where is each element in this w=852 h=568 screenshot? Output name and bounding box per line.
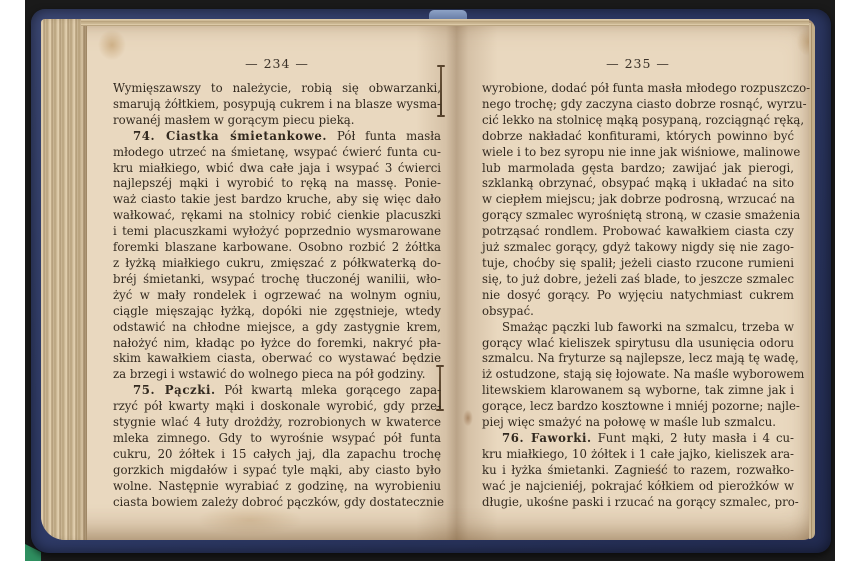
text-line: młodego utrzeć na śmietanę, wsypać ćwier…: [113, 145, 441, 161]
text-line: nego trochę; gdy zaczyna ciasto dobrze r…: [482, 97, 794, 113]
text-line: najlepszéj mąki i wyrobić to ręką na mas…: [113, 176, 441, 192]
text-line: kru miałkiego, wbić dwa całe jaja i wsyp…: [113, 161, 441, 177]
text-line: potrząsać rondlem. Probować kawałkiem ci…: [482, 224, 794, 240]
page-234-text: Wymięszawszy to należycie, robią się obw…: [113, 81, 441, 510]
text-line: piej więc smażyć na połowę w maśle lub s…: [482, 415, 794, 431]
text-line: ku i łyżka śmietanki. Zagnieść to razem,…: [482, 463, 794, 479]
text-line: mleka zimnego. Gdy to wyrośnie wsypać pó…: [113, 431, 441, 447]
text-line: ciągle mięszając łyżką, dopóki nie zgęst…: [113, 304, 441, 320]
text-line: obsypać.: [482, 304, 794, 320]
text-line: żyć w mały rondelek i ogrzewać na wolnym…: [113, 288, 441, 304]
text-line: foremki blaszane karbowane. Osobno rozbi…: [113, 240, 441, 256]
page-number-234: — 234 —: [113, 56, 441, 71]
text-line: 76. Faworki. Funt mąki, 2 łuty masła i 4…: [482, 431, 794, 447]
text-line: w ciepłem miejscu; jak dobrze podrosną, …: [482, 192, 794, 208]
text-line: szklanką obrzynać, obsypać mąką i układa…: [482, 176, 794, 192]
text-line: gorący szmalec wyrośniętą stroną, w czas…: [482, 208, 794, 224]
recipe-heading: 75. Pączki.: [133, 383, 216, 397]
text-line: Smażąc pączki lub faworki na szmalcu, tr…: [482, 320, 794, 336]
text-line: wiele i to bez syropu nie inne jak wiśni…: [482, 145, 794, 161]
text-line: kru miałkiego, 10 żółtek i 1 całe jajko,…: [482, 447, 794, 463]
page-edges-right: [809, 23, 815, 539]
book-photo: — 234 — — 235 — Wymięszawszy to należyci…: [25, 0, 835, 561]
text-line: skim kawałkiem ciasta, oberwać co wystaw…: [113, 351, 441, 367]
page-235-text: wyrobione, dodać pół funta masła młodego…: [482, 81, 794, 510]
text-line: litewskiem klarowanem są wyborne, tak zi…: [482, 383, 794, 399]
text-line: 74. Ciastka śmietankowe. Pół funta masła: [113, 129, 441, 145]
text-line: lub marmolada gęsta bardzo; zawijać jak …: [482, 161, 794, 177]
text-line: wolne. Następnie wyrabiać z godzinę, na …: [113, 479, 441, 495]
recipe-heading: 74. Ciastka śmietankowe.: [133, 129, 327, 143]
text-line: dobrze nakładać konfiturami, których pow…: [482, 129, 794, 145]
text-line: tuje, choćby się spalił; jeżeli ciasto r…: [482, 256, 794, 272]
text-line: nie dosyć gorący. Po wyjęciu natychmiast…: [482, 288, 794, 304]
text-line: odstawić na chłodne miejsce, a gdy zasty…: [113, 320, 441, 336]
text-line: gorące, lecz bardzo kosztowne i mniéj po…: [482, 399, 794, 415]
text-line: Wymięszawszy to należycie, robią się obw…: [113, 81, 441, 97]
page-number-235: — 235 —: [482, 56, 794, 71]
text-line: z łyżką miałkiego cukru, zmięszać z półk…: [113, 256, 441, 272]
text-line: cukru, 20 żółtek i 15 całych jaj, dla za…: [113, 447, 441, 463]
text-line: wać je najcieniéj, pokrajać kółkiem od p…: [482, 479, 794, 495]
text-line: się, to już dobre, jeżeli zaś blade, to …: [482, 272, 794, 288]
page-edges-left: [41, 19, 87, 540]
text-line: rowanéj masłem w gorącym piecu pieką.: [113, 113, 441, 129]
text-line: wyrobione, dodać pół funta masła młodego…: [482, 81, 794, 97]
recipe-heading: 76. Faworki.: [502, 431, 592, 445]
text-line: cić lekko na stolnicę mąką posypaną, roz…: [482, 113, 794, 129]
text-line: rzyć pół kwarty mąki i doskonale wyrobić…: [113, 399, 441, 415]
text-line: gorzkich migdałów i sypać tyle mąki, aby…: [113, 463, 441, 479]
text-line: stygnie wlać 4 łuty drożdży, rozrobionyc…: [113, 415, 441, 431]
page-edges-top: [81, 19, 809, 26]
text-line: ciasta bowiem zależy dobroć pączków, gdy…: [113, 495, 441, 511]
text-line: szmalcu. Na fryturze są najlepsze, lecz …: [482, 351, 794, 367]
text-line: już szmalec gorący, gdyż takowy nigdy si…: [482, 240, 794, 256]
text-line: iż ostudzone, stają się łojowate. Na maś…: [482, 367, 794, 383]
text-line: gorący wlać kieliszek spirytusu dla usun…: [482, 336, 794, 352]
text-line: za brzegi i wstawić do wolnego pieca na …: [113, 367, 441, 383]
text-line: waż ciasto takie jest bardzo kruche, aby…: [113, 192, 441, 208]
text-line: bréj śmietanki, wsypać trochę tłuczonéj …: [113, 272, 441, 288]
text-line: wałkować, rękami na stolnicy robić cienk…: [113, 208, 441, 224]
text-line: i temi placuszkami wyłożyć poprzednio wy…: [113, 224, 441, 240]
text-line: długie, ukośne paski i rzucać na gorący …: [482, 495, 794, 511]
text-line: nałożyć nim, kładąc po łyżce do foremki,…: [113, 336, 441, 352]
text-line: 75. Pączki. Pół kwartą mleka gorącego za…: [113, 383, 441, 399]
text-line: smarują żółtkiem, posypują cukrem i na b…: [113, 97, 441, 113]
